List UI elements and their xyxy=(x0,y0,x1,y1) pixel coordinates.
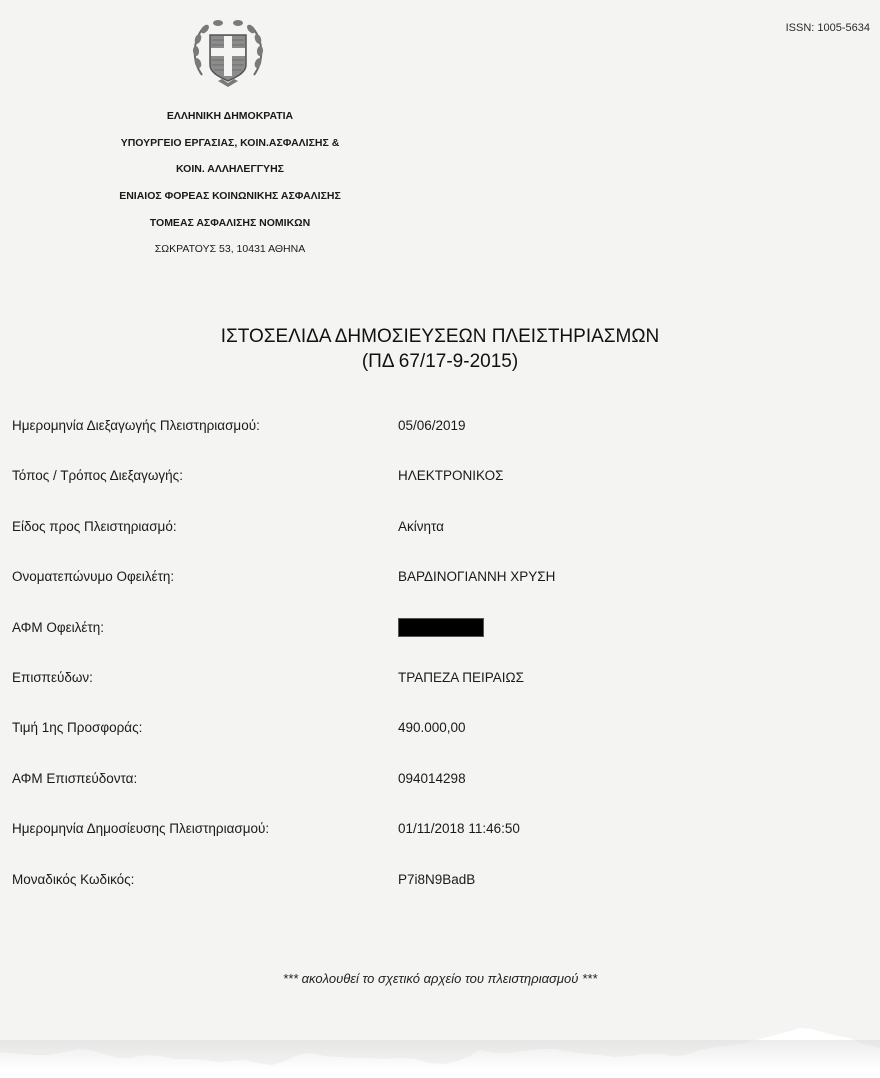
field-row-auction-date: Ημερομηνία Διεξαγωγής Πλειστηριασμού: 05… xyxy=(12,418,872,468)
field-row-creditor-tax-id: ΑΦΜ Επισπεύδοντα: 094014298 xyxy=(12,771,872,821)
document-page: ISSN: 1005-5634 ΕΛΛΗΝΙΚΗ ΔΗΜΟΚΡΑΤΙΑ ΥΠΟΥ… xyxy=(0,0,880,1078)
field-row-auction-item-type: Είδος προς Πλειστηριασμό: Ακίνητα xyxy=(12,519,872,569)
field-value: 05/06/2019 xyxy=(398,418,466,433)
issn-number: ISSN: 1005-5634 xyxy=(786,22,870,34)
field-value: 01/11/2018 11:46:50 xyxy=(398,821,520,836)
title-line-1: ΙΣΤΟΣΕΛΙΔΑ ΔΗΜΟΣΙΕΥΣΕΩΝ ΠΛΕΙΣΤΗΡΙΑΣΜΩΝ xyxy=(0,324,880,349)
greek-coat-of-arms-icon xyxy=(188,13,268,93)
field-value: 094014298 xyxy=(398,771,466,786)
page-title: ΙΣΤΟΣΕΛΙΔΑ ΔΗΜΟΣΙΕΥΣΕΩΝ ΠΛΕΙΣΤΗΡΙΑΣΜΩΝ (… xyxy=(0,324,880,374)
authority-line: ΚΟΙΝ. ΑΛΛΗΛΕΓΓΥΗΣ xyxy=(80,161,380,188)
field-value: ΤΡΑΠΕΖΑ ΠΕΙΡΑΙΩΣ xyxy=(398,670,524,685)
authority-line: ΕΛΛΗΝΙΚΗ ΔΗΜΟΚΡΑΤΙΑ xyxy=(80,108,380,135)
field-value: Ακίνητα xyxy=(398,519,444,534)
field-row-first-offer-price: Τιμή 1ης Προσφοράς: 490.000,00 xyxy=(12,720,872,770)
field-value xyxy=(398,620,484,642)
field-value: P7i8N9BadB xyxy=(398,872,475,887)
field-label: Είδος προς Πλειστηριασμό: xyxy=(12,519,177,534)
field-label: Ημερομηνία Διεξαγωγής Πλειστηριασμού: xyxy=(12,418,260,433)
field-label: Ονοματεπώνυμο Οφειλέτη: xyxy=(12,569,174,584)
field-row-publication-date: Ημερομηνία Δημοσίευσης Πλειστηριασμού: 0… xyxy=(12,821,872,871)
field-row-unique-code: Μοναδικός Κωδικός: P7i8N9BadB xyxy=(12,872,872,922)
auction-details: Ημερομηνία Διεξαγωγής Πλειστηριασμού: 05… xyxy=(12,418,872,922)
field-row-debtor-tax-id: ΑΦΜ Οφειλέτη: xyxy=(12,620,872,670)
redaction-box xyxy=(398,618,484,637)
authority-line: ΥΠΟΥΡΓΕΙΟ ΕΡΓΑΣΙΑΣ, ΚΟΙΝ.ΑΣΦΑΛΙΣΗΣ & xyxy=(80,135,380,162)
field-label: Μοναδικός Κωδικός: xyxy=(12,872,134,887)
attachment-note: *** ακολουθεί το σχετικό αρχείο του πλει… xyxy=(0,971,880,986)
field-row-creditor: Επισπεύδων: ΤΡΑΠΕΖΑ ΠΕΙΡΑΙΩΣ xyxy=(12,670,872,720)
field-value: 490.000,00 xyxy=(398,720,466,735)
field-label: Τιμή 1ης Προσφοράς: xyxy=(12,720,142,735)
field-label: ΑΦΜ Επισπεύδοντα: xyxy=(12,771,137,786)
authority-line: ΤΟΜΕΑΣ ΑΣΦΑΛΙΣΗΣ ΝΟΜΙΚΩΝ xyxy=(80,215,380,242)
field-value: ΗΛΕΚΤΡΟΝΙΚΟΣ xyxy=(398,468,503,483)
title-line-2: (ΠΔ 67/17-9-2015) xyxy=(0,349,880,374)
field-label: Ημερομηνία Δημοσίευσης Πλειστηριασμού: xyxy=(12,821,269,836)
field-label: ΑΦΜ Οφειλέτη: xyxy=(12,620,104,635)
field-value: ΒΑΡΔΙΝΟΓΙΑΝΝΗ ΧΡΥΣΗ xyxy=(398,569,555,584)
field-row-debtor-name: Ονοματεπώνυμο Οφειλέτη: ΒΑΡΔΙΝΟΓΙΑΝΝΗ ΧΡ… xyxy=(12,569,872,619)
issuing-authority: ΕΛΛΗΝΙΚΗ ΔΗΜΟΚΡΑΤΙΑ ΥΠΟΥΡΓΕΙΟ ΕΡΓΑΣΙΑΣ, … xyxy=(80,108,380,268)
torn-edge-shadow xyxy=(0,1040,880,1070)
field-label: Τόπος / Τρόπος Διεξαγωγής: xyxy=(12,468,183,483)
authority-address: ΣΩΚΡΑΤΟΥΣ 53, 10431 ΑΘΗΝΑ xyxy=(80,241,380,268)
field-row-auction-method: Τόπος / Τρόπος Διεξαγωγής: ΗΛΕΚΤΡΟΝΙΚΟΣ xyxy=(12,468,872,518)
field-label: Επισπεύδων: xyxy=(12,670,93,685)
authority-line: ΕΝΙΑΙΟΣ ΦΟΡΕΑΣ ΚΟΙΝΩΝΙΚΗΣ ΑΣΦΑΛΙΣΗΣ xyxy=(80,188,380,215)
